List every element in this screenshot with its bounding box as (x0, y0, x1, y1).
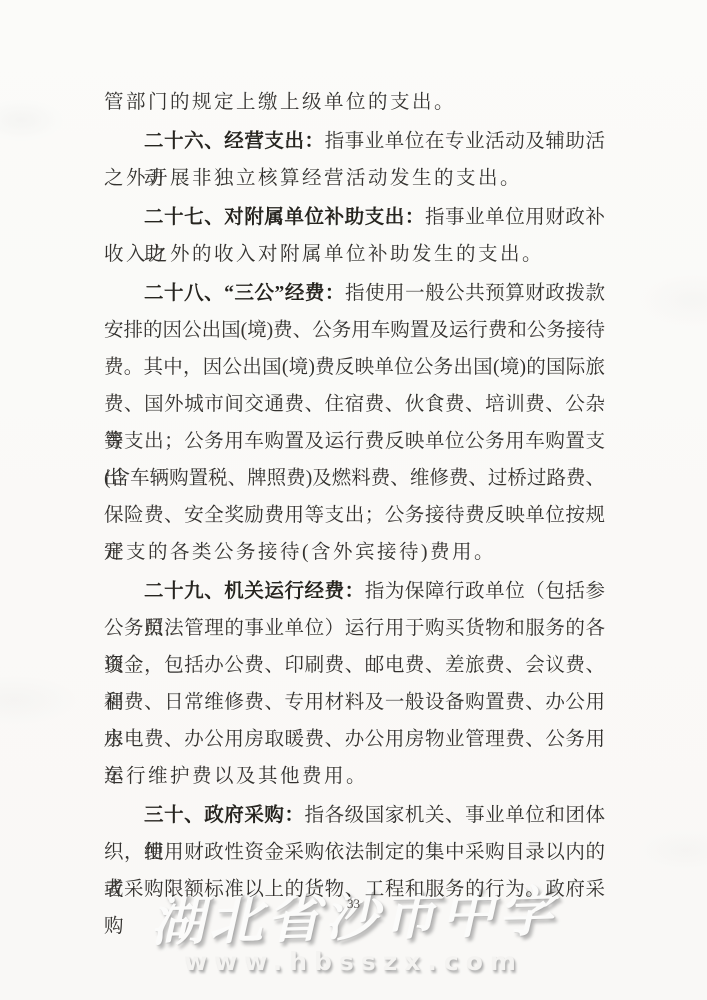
text-line: 运行维护费以及其他费用。 (104, 758, 605, 795)
text-line: (含车辆购置税、牌照费)及燃料费、维修费、过桥过路费、 (104, 460, 605, 497)
section-heading: 二十七、对附属单位补助支出： (144, 207, 425, 228)
body-text: 管部门的规定上缴上级单位的支出。 (104, 92, 456, 113)
text-line: 费、国外城市间交通费、住宿费、伙食费、培训费、公杂费 (104, 386, 605, 423)
watermark-url: www.hbsszx.com (0, 948, 707, 976)
body-text: 运行维护费以及其他费用。 (104, 766, 368, 787)
text-line: 二十六、经营支出：指事业单位在专业活动及辅助活动 (104, 123, 605, 160)
text-line: 费。其中，因公出国(境)费反映单位公务出国(境)的国际旅 (104, 349, 605, 386)
text-line: 开支的各类公务接待(含外宾接待)费用。 (104, 534, 605, 571)
body-text: 之外开展非独立核算经营活动发生的支出。 (104, 168, 522, 189)
body-text: 开支的各类公务接待(含外宾接待)费用。 (104, 542, 496, 563)
text-line: 三十、政府采购：指各级国家机关、事业单位和团体组 (104, 797, 605, 834)
text-line: 管部门的规定上缴上级单位的支出。 (104, 84, 605, 121)
page-number: 33 (0, 896, 707, 912)
text-line: 收入之外的收入对附属单位补助发生的支出。 (104, 236, 605, 273)
body-text: 费。其中，因公出国(境)费反映单位公务出国(境)的国际旅 (104, 357, 605, 378)
text-line: 保险费、安全奖励费用等支出；公务接待费反映单位按规定 (104, 497, 605, 534)
section-heading: 二十八、“三公”经费： (144, 283, 345, 304)
section-heading: 二十六、经营支出： (144, 131, 325, 152)
body-text: (含车辆购置税、牌照费)及燃料费、维修费、过桥过路费、 (104, 468, 605, 489)
body-text: 指使用一般公共预算财政拨款 (345, 283, 605, 304)
scanned-document-page: 管部门的规定上缴上级单位的支出。二十六、经营支出：指事业单位在专业活动及辅助活动… (0, 0, 707, 1000)
text-line: 二十九、机关运行经费：指为保障行政单位（包括参照 (104, 573, 605, 610)
section-heading: 二十九、机关运行经费： (144, 581, 365, 602)
text-line: 二十八、“三公”经费：指使用一般公共预算财政拨款 (104, 275, 605, 312)
text-line: 水电费、办公用房取暖费、办公用房物业管理费、公务用车 (104, 721, 605, 758)
text-line: 公务员法管理的事业单位）运行用于购买货物和服务的各项 (104, 610, 605, 647)
document-body: 管部门的规定上缴上级单位的支出。二十六、经营支出：指事业单位在专业活动及辅助活动… (104, 84, 605, 908)
body-text: 收入之外的收入对附属单位补助发生的支出。 (104, 244, 544, 265)
text-line: 利费、日常维修费、专用材料及一般设备购置费、办公用房 (104, 684, 605, 721)
text-line: 织，使用财政性资金采购依法制定的集中采购目录以内的或 (104, 834, 605, 871)
text-line: 安排的因公出国(境)费、公务用车购置及运行费和公务接待 (104, 312, 605, 349)
section-heading: 三十、政府采购： (144, 805, 305, 826)
text-line: 之外开展非独立核算经营活动发生的支出。 (104, 160, 605, 197)
text-line: 资金，包括办公费、印刷费、邮电费、差旅费、会议费、福 (104, 647, 605, 684)
body-text: 安排的因公出国(境)费、公务用车购置及运行费和公务接待 (104, 320, 605, 341)
text-line: 等支出；公务用车购置及运行费反映单位公务用车购置支出 (104, 423, 605, 460)
text-line: 二十七、对附属单位补助支出：指事业单位用财政补助 (104, 199, 605, 236)
